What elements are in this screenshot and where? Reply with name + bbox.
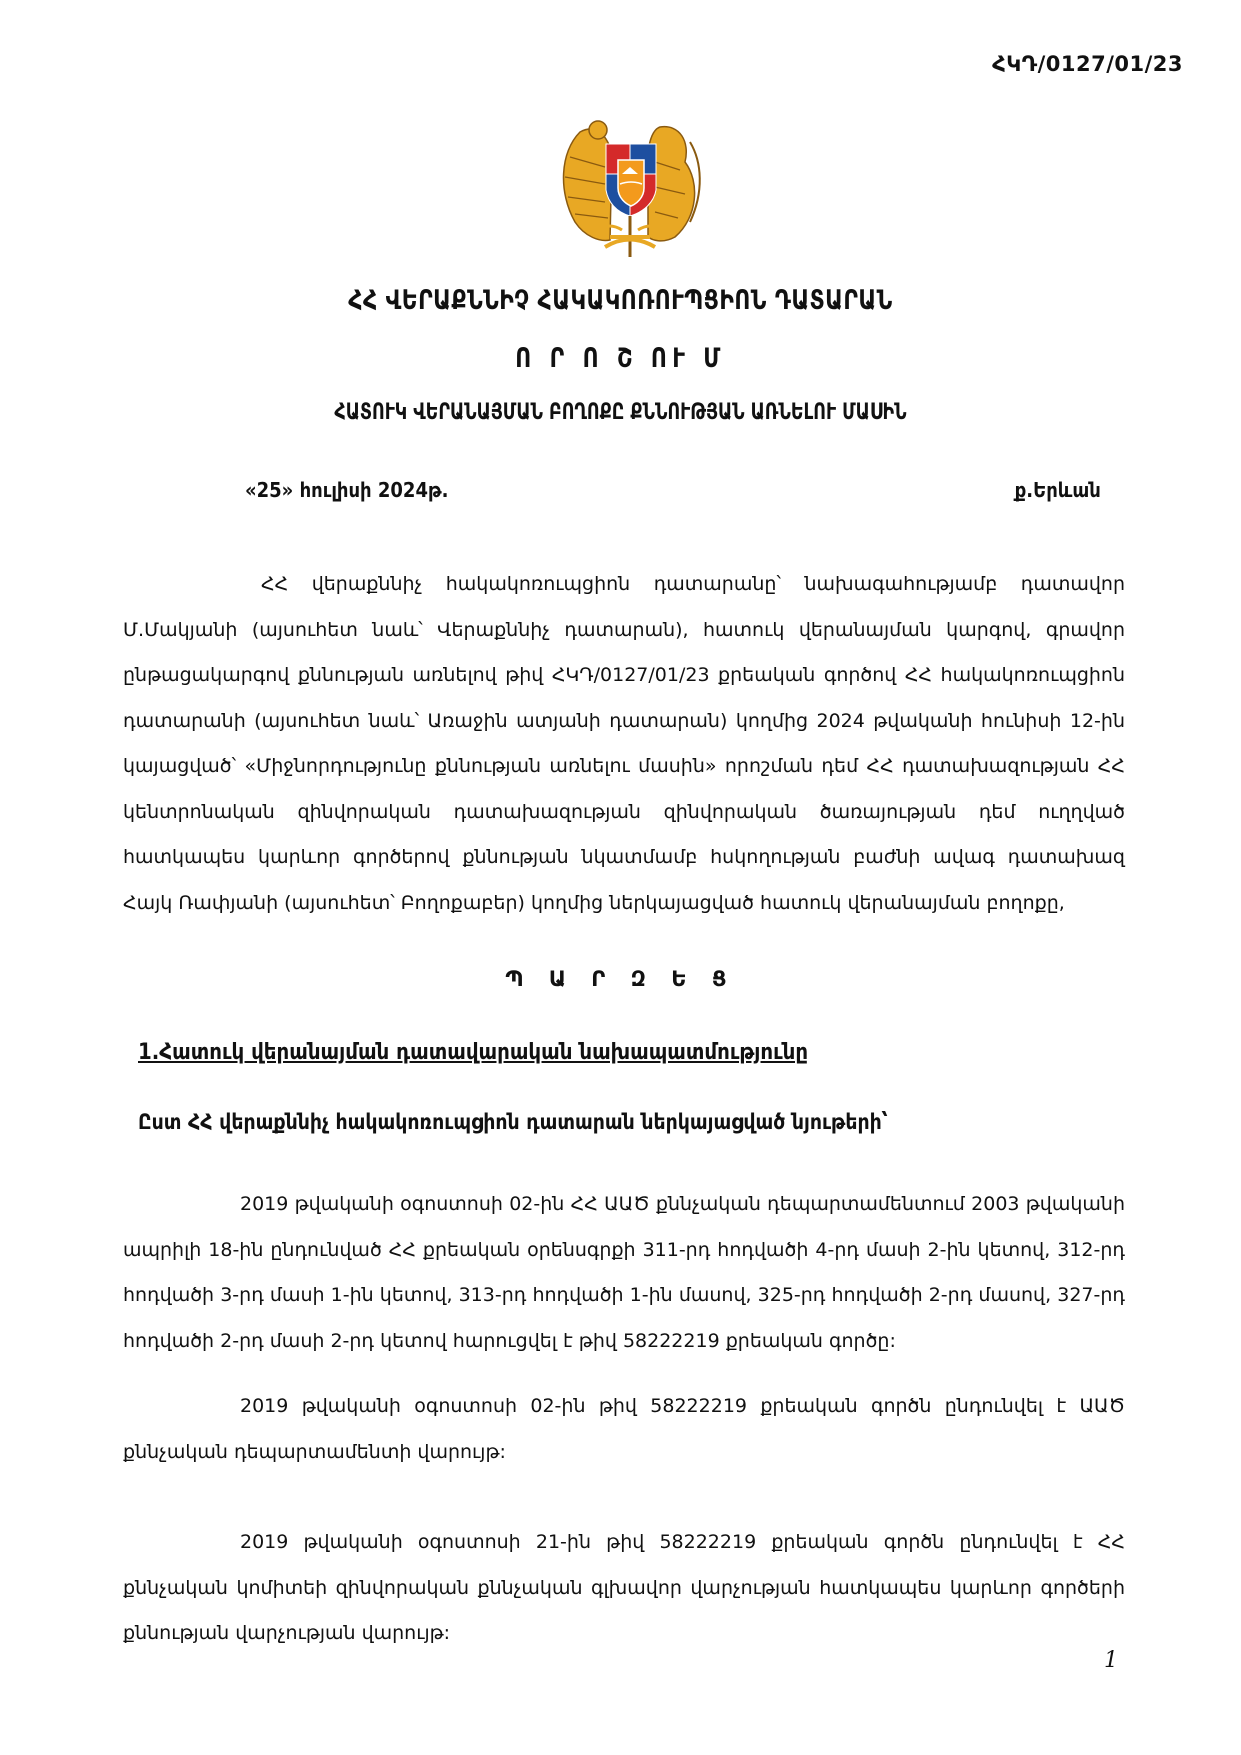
- found-heading: Պ Ա Ր Զ Ե Ց: [0, 967, 1241, 991]
- decision-date: «25» հուլիսի 2024թ.: [245, 478, 448, 502]
- body-paragraph: 2019 թվականի օգոստոսի 21-ին թիվ 58222219…: [123, 1520, 1125, 1657]
- section-subheading: Ըստ ՀՀ վերաքննիչ հակակոռուպցիոն դատարան …: [138, 1110, 888, 1134]
- court-title: ՀՀ ՎԵՐԱՔՆՆԻՉ ՀԱԿԱԿՈՌՈՒՊՑԻՈՆ ԴԱՏԱՐԱՆ: [62, 285, 1179, 316]
- body-paragraph: 2019 թվականի օգոստոսի 02-ին ՀՀ ԱԱԾ քննչա…: [123, 1182, 1125, 1364]
- decision-city: ք.Երևան: [1015, 478, 1101, 502]
- section-heading: 1.Հատուկ վերանայման դատավարական նախապատմ…: [138, 1040, 808, 1065]
- coat-of-arms-icon: [550, 112, 710, 262]
- intro-paragraph: ՀՀ վերաքննիչ հակակոռուպցիոն դատարանը՝ նա…: [123, 562, 1125, 926]
- decision-subject: ՀԱՏՈՒԿ ՎԵՐԱՆԱՅՄԱՆ ԲՈՂՈՔԸ ՔՆՆՈՒԹՅԱՆ ԱՌՆԵԼ…: [74, 400, 1166, 425]
- body-paragraph: 2019 թվականի օգոստոսի 02-ին թիվ 58222219…: [123, 1384, 1125, 1475]
- case-reference: ՀԿԴ/0127/01/23: [992, 52, 1183, 76]
- page-number: 1: [1104, 1648, 1118, 1673]
- decision-title: Ո Ր Ո Շ ՈՒ Մ: [62, 343, 1179, 374]
